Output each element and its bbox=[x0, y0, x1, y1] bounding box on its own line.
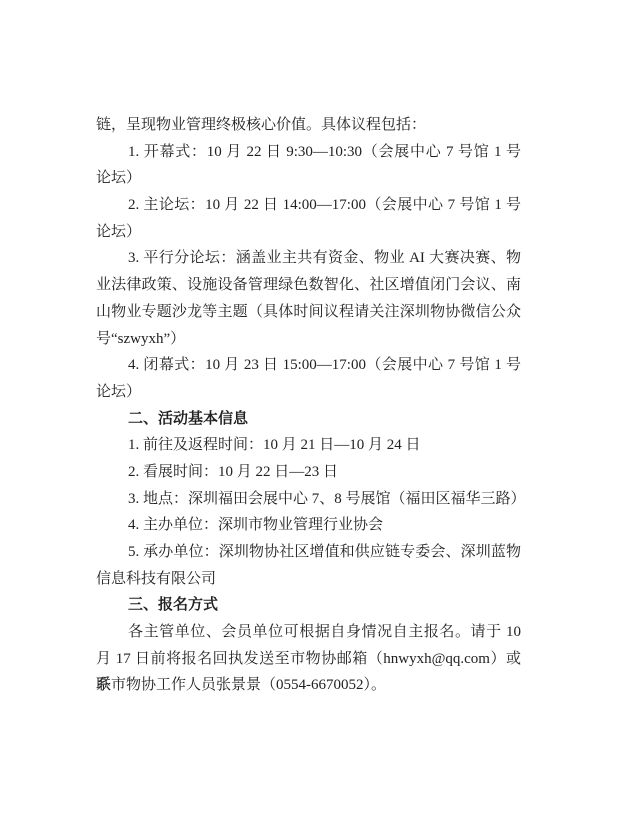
document-line: 1. 前往及返程时间：10 月 21 日—10 月 24 日 bbox=[96, 432, 521, 459]
document-body: 链，呈现物业管理终极核心价值。具体议程包括： 1. 开幕式：10 月 22 日 … bbox=[96, 112, 521, 699]
document-line: 3. 地点：深圳福田会展中心 7、8 号展馆（福田区福华三路） bbox=[96, 486, 521, 513]
document-line: 各主管单位、会员单位可根据自身情况自主报名。请于 10 bbox=[96, 619, 521, 646]
document-line: 3. 平行分论坛：涵盖业主共有资金、物业 AI 大赛决赛、物 bbox=[96, 245, 521, 272]
document-line: 论坛） bbox=[96, 219, 521, 246]
document-line: 业法律政策、设施设备管理绿色数智化、社区增值闭门会议、南 bbox=[96, 272, 521, 299]
document-line: 号“szwyxh”） bbox=[96, 326, 521, 353]
section-heading: 三、报名方式 bbox=[96, 592, 521, 619]
document-line: 山物业专题沙龙等主题（具体时间议程请关注深圳物协微信公众 bbox=[96, 299, 521, 326]
document-line: 信息科技有限公司 bbox=[96, 566, 521, 593]
document-line: 2. 看展时间：10 月 22 日—23 日 bbox=[96, 459, 521, 486]
document-line: 4. 闭幕式：10 月 23 日 15:00—17:00（会展中心 7 号馆 1… bbox=[96, 352, 521, 379]
document-line: 5. 承办单位：深圳物协社区增值和供应链专委会、深圳蓝物 bbox=[96, 539, 521, 566]
section-heading: 二、活动基本信息 bbox=[96, 406, 521, 433]
document-line: 4. 主办单位：深圳市物业管理行业协会 bbox=[96, 512, 521, 539]
document-line: 2. 主论坛：10 月 22 日 14:00—17:00（会展中心 7 号馆 1… bbox=[96, 192, 521, 219]
document-line: 系市物协工作人员张景景（0554-6670052）。 bbox=[96, 672, 521, 699]
document-line: 1. 开幕式：10 月 22 日 9:30—10:30（会展中心 7 号馆 1 … bbox=[96, 139, 521, 166]
document-page: 链，呈现物业管理终极核心价值。具体议程包括： 1. 开幕式：10 月 22 日 … bbox=[0, 0, 618, 813]
document-line: 月 17 日前将报名回执发送至市物协邮箱（hnwyxh@qq.com）或联 bbox=[96, 646, 521, 673]
document-line: 链，呈现物业管理终极核心价值。具体议程包括： bbox=[96, 112, 521, 139]
document-line: 论坛） bbox=[96, 165, 521, 192]
document-line: 论坛） bbox=[96, 379, 521, 406]
